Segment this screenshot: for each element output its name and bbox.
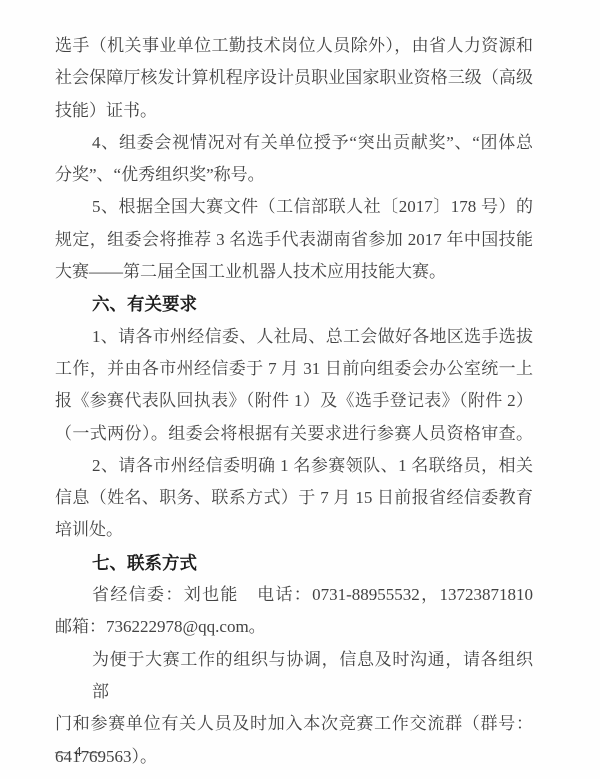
para-item-5-national-contest: 5、根据全国大赛文件（工信部联人社〔2017〕178 号）的规定，组委会将推荐 … xyxy=(55,191,533,288)
text-line: 社会保障厅核发计算机程序设计员职业国家职业资格三级（高级 xyxy=(55,62,533,94)
text-line: 培训处。 xyxy=(55,514,533,546)
text-line: 1、请各市州经信委、人社局、总工会做好各地区选手选拔 xyxy=(55,321,533,353)
section-heading-line: 六、有关要求 xyxy=(55,288,533,320)
para-requirement-1: 1、请各市州经信委、人社局、总工会做好各地区选手选拔工作，并由各市州经信委于 7… xyxy=(55,321,533,450)
text-line: 工作，并由各市州经信委于 7 月 31 日前向组委会办公室统一上 xyxy=(55,353,533,385)
text-line: 大赛——第二届全国工业机器人技术应用技能大赛。 xyxy=(55,256,533,288)
text-line: 为便于大赛工作的组织与协调，信息及时沟通，请各组织部 xyxy=(55,644,533,709)
para-qq-group: 为便于大赛工作的组织与协调，信息及时沟通，请各组织部门和参赛单位有关人员及时加入… xyxy=(55,644,533,773)
text-line: 规定，组委会将推荐 3 名选手代表湖南省参加 2017 年中国技能 xyxy=(55,224,533,256)
text-line: 信息（姓名、职务、联系方式）于 7 月 15 日前报省经信委教育 xyxy=(55,482,533,514)
text-line: 门和参赛单位有关人员及时加入本次竞赛工作交流群（群号： xyxy=(55,708,533,740)
para-certificate-continuation: 选手（机关事业单位工勤技术岗位人员除外），由省人力资源和社会保障厅核发计算机程序… xyxy=(55,30,533,127)
heading-section-7-contact: 七、联系方式 xyxy=(55,547,533,579)
heading-section-6-requirements: 六、有关要求 xyxy=(55,288,533,320)
text-line: 5、根据全国大赛文件（工信部联人社〔2017〕178 号）的 xyxy=(55,191,533,223)
para-contact-info: 省经信委：刘也能 电话：0731-88955532，13723871810邮箱：… xyxy=(55,579,533,644)
text-line: 分奖”、“优秀组织奖”称号。 xyxy=(55,159,533,191)
text-line: （一式两份）。组委会将根据有关要求进行参赛人员资格审查。 xyxy=(55,418,533,450)
page-number: — 4 — xyxy=(55,745,102,761)
text-line: 4、组委会视情况对有关单位授予“突出贡献奖”、“团体总 xyxy=(55,127,533,159)
para-requirement-2: 2、请各市州经信委明确 1 名参赛领队、1 名联络员，相关信息（姓名、职务、联系… xyxy=(55,450,533,547)
text-line: 641769563）。 xyxy=(55,741,533,773)
text-line: 技能）证书。 xyxy=(55,95,533,127)
document-page: 选手（机关事业单位工勤技术岗位人员除外），由省人力资源和社会保障厅核发计算机程序… xyxy=(0,0,600,779)
text-line: 2、请各市州经信委明确 1 名参赛领队、1 名联络员，相关 xyxy=(55,450,533,482)
para-item-4-awards: 4、组委会视情况对有关单位授予“突出贡献奖”、“团体总分奖”、“优秀组织奖”称号… xyxy=(55,127,533,192)
section-heading-line: 七、联系方式 xyxy=(55,547,533,579)
document-body: 选手（机关事业单位工勤技术岗位人员除外），由省人力资源和社会保障厅核发计算机程序… xyxy=(55,30,533,773)
text-line: 报《参赛代表队回执表》（附件 1）及《选手登记表》（附件 2） xyxy=(55,385,533,417)
text-line: 省经信委：刘也能 电话：0731-88955532，13723871810 xyxy=(55,579,533,611)
text-line: 选手（机关事业单位工勤技术岗位人员除外），由省人力资源和 xyxy=(55,30,533,62)
text-line: 邮箱：736222978@qq.com。 xyxy=(55,611,533,643)
